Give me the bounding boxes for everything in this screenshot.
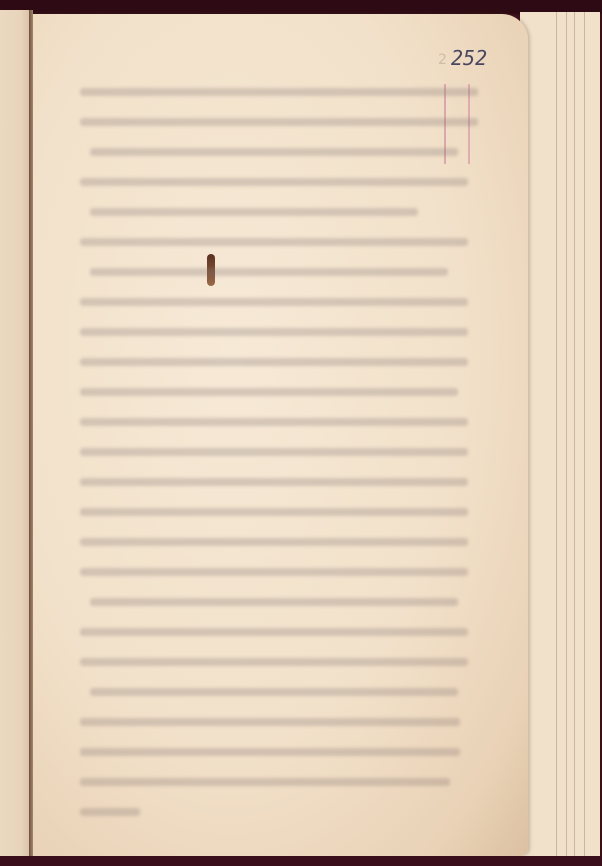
folio-number: 252 [451, 46, 487, 70]
bleed-through-text [80, 448, 468, 456]
page-block-edges [520, 12, 600, 858]
page-edge-line [584, 12, 585, 858]
bleed-through-text [80, 718, 460, 726]
text-line [80, 238, 480, 268]
bleed-through-text [80, 628, 468, 636]
bleed-through-text [80, 358, 468, 366]
text-line [80, 148, 480, 178]
text-line [80, 508, 480, 538]
text-line [80, 268, 480, 298]
text-line [80, 718, 480, 748]
bleed-through-text [80, 328, 468, 336]
text-line [80, 688, 480, 718]
background-top [0, 0, 602, 14]
bleed-through-text [80, 658, 468, 666]
facing-page-edge [0, 10, 30, 856]
text-line [80, 748, 480, 778]
text-line [80, 358, 480, 388]
bleed-through-text [90, 268, 448, 276]
text-line [80, 118, 480, 148]
text-line [80, 478, 480, 508]
background-bottom [0, 856, 602, 866]
text-line [80, 658, 480, 688]
bleed-through-text [80, 748, 460, 756]
bleed-through-text [80, 118, 478, 126]
text-line [80, 808, 480, 838]
bleed-through-text [80, 568, 468, 576]
bleed-through-text [90, 688, 458, 696]
text-line [80, 328, 480, 358]
text-line [80, 628, 480, 658]
text-line [80, 298, 480, 328]
page-edge-line [556, 12, 557, 858]
bleed-through-text [80, 298, 468, 306]
text-line [80, 598, 480, 628]
bleed-through-text [90, 208, 418, 216]
bleed-through-text-block [80, 88, 480, 838]
pencil-mark: 2 [438, 52, 447, 68]
text-line [80, 208, 480, 238]
text-line [80, 418, 480, 448]
bleed-through-text [90, 148, 458, 156]
bleed-through-text [80, 388, 458, 396]
text-line [80, 178, 480, 208]
bleed-through-text [80, 88, 478, 96]
bleed-through-text [80, 178, 468, 186]
bleed-through-text [80, 808, 140, 816]
bleed-through-text [90, 598, 458, 606]
page-edge-line [566, 12, 567, 858]
text-line [80, 568, 480, 598]
text-line [80, 538, 480, 568]
bleed-through-text [80, 478, 468, 486]
text-line [80, 778, 480, 808]
text-line [80, 448, 480, 478]
bleed-through-text [80, 538, 468, 546]
bleed-through-text [80, 508, 468, 516]
bleed-through-text [80, 778, 450, 786]
bleed-through-text [80, 238, 468, 246]
text-line [80, 388, 480, 418]
text-line [80, 88, 480, 118]
bleed-through-text [80, 418, 468, 426]
page-edge-line [574, 12, 575, 858]
